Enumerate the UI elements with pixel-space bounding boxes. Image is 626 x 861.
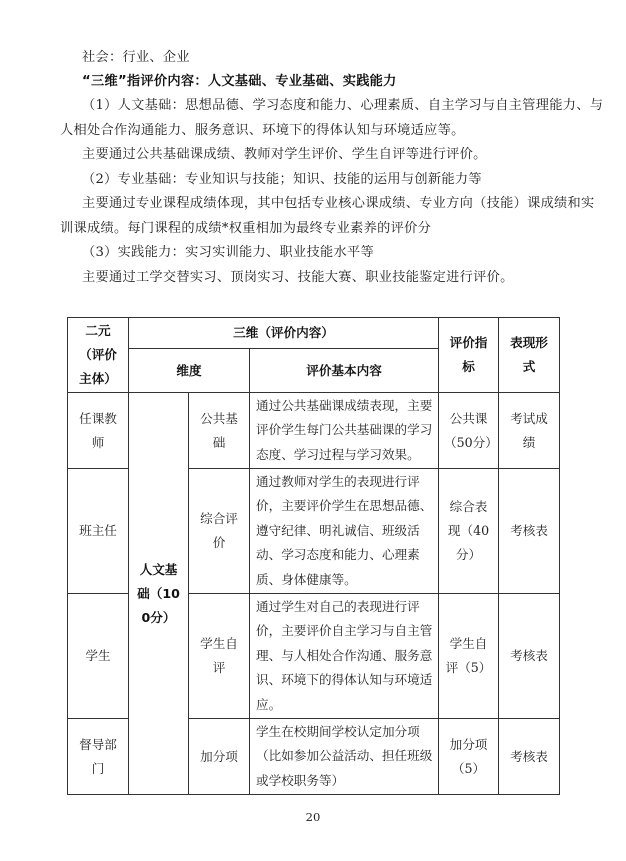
cell-sub-dimension: 学生自评 (189, 594, 250, 719)
document-page: 社会：行业、企业 “三维”指评价内容：人文基础、专业基础、实践能力 （1）人文基… (0, 0, 626, 861)
cell-sub-dimension: 加分项 (189, 719, 250, 795)
page-number: 20 (0, 810, 626, 824)
evaluation-table: 二元（评价主体） 三维（评价内容） 评价指标 表现形式 维度 评价基本内容 任课… (67, 317, 560, 795)
paragraph-practice-method: 主要通过工学交替实习、顶岗实习、技能大赛、职业技能鉴定进行评价。 (60, 266, 560, 291)
cell-content: 通过公共基础课成绩表现，主要评价学生每门公共基础课的学习态度、学习过程与学习效果… (250, 393, 439, 469)
paragraph-professional-method-2: 训课成绩。每门课程的成绩*权重相加为最终专业素养的评价分 (60, 217, 560, 242)
heading-three-dimensions: “三维”指评价内容：人文基础、专业基础、实践能力 (60, 70, 560, 95)
cell-content: 通过教师对学生的表现进行评价，主要评价学生在思想品德、遵守纪律、明礼诚信、班级活… (250, 469, 439, 594)
cell-subject: 督导部门 (68, 719, 129, 795)
cell-indicator: 加分项（5） (439, 719, 499, 795)
cell-dimension-group: 人文基础（100分） (129, 393, 189, 795)
paragraph-humanities-1: （1）人文基础：思想品德、学习态度和能力、心理素质、自主学习与自主管理能力、与 (60, 94, 560, 119)
header-three-dimensions: 三维（评价内容） (129, 318, 439, 349)
cell-indicator: 公共课（50分） (439, 393, 499, 469)
header-form: 表现形式 (499, 318, 560, 393)
cell-form: 考核表 (499, 469, 560, 594)
cell-sub-dimension: 公共基础 (189, 393, 250, 469)
cell-sub-dimension: 综合评价 (189, 469, 250, 594)
cell-subject: 学生 (68, 594, 129, 719)
paragraph-practice-1: （3）实践能力：实习实训能力、职业技能水平等 (60, 241, 560, 266)
cell-form: 考试成绩 (499, 393, 560, 469)
paragraph-humanities-method: 主要通过公共基础课成绩、教师对学生评价、学生自评等进行评价。 (60, 143, 560, 168)
cell-content: 学生在校期间学校认定加分项（比如参加公益活动、担任班级或学校职务等） (250, 719, 439, 795)
cell-subject: 班主任 (68, 469, 129, 594)
cell-form: 考核表 (499, 594, 560, 719)
cell-content: 通过学生对自己的表现进行评价，主要评价自主学习与自主管理、与人相处合作沟通、服务… (250, 594, 439, 719)
cell-form: 考核表 (499, 719, 560, 795)
cell-subject: 任课教师 (68, 393, 129, 469)
paragraph-professional-1: （2）专业基础：专业知识与技能；知识、技能的运用与创新能力等 (60, 168, 560, 193)
paragraph-professional-method-1: 主要通过专业课程成绩体现，其中包括专业核心课成绩、专业方向（技能）课成绩和实 (60, 192, 560, 217)
paragraph-humanities-2: 人相处合作沟通能力、服务意识、环境下的得体认知与环境适应等。 (60, 119, 560, 144)
paragraph-society: 社会：行业、企业 (60, 46, 560, 71)
cell-indicator: 综合表现（40分） (439, 469, 499, 594)
cell-indicator: 学生自评（5） (439, 594, 499, 719)
header-dimension: 维度 (129, 349, 250, 393)
header-subject: 二元（评价主体） (68, 318, 129, 393)
header-indicator: 评价指标 (439, 318, 499, 393)
header-basic-content: 评价基本内容 (250, 349, 439, 393)
table-row: 任课教师 人文基础（100分） 公共基础 通过公共基础课成绩表现，主要评价学生每… (68, 393, 560, 469)
